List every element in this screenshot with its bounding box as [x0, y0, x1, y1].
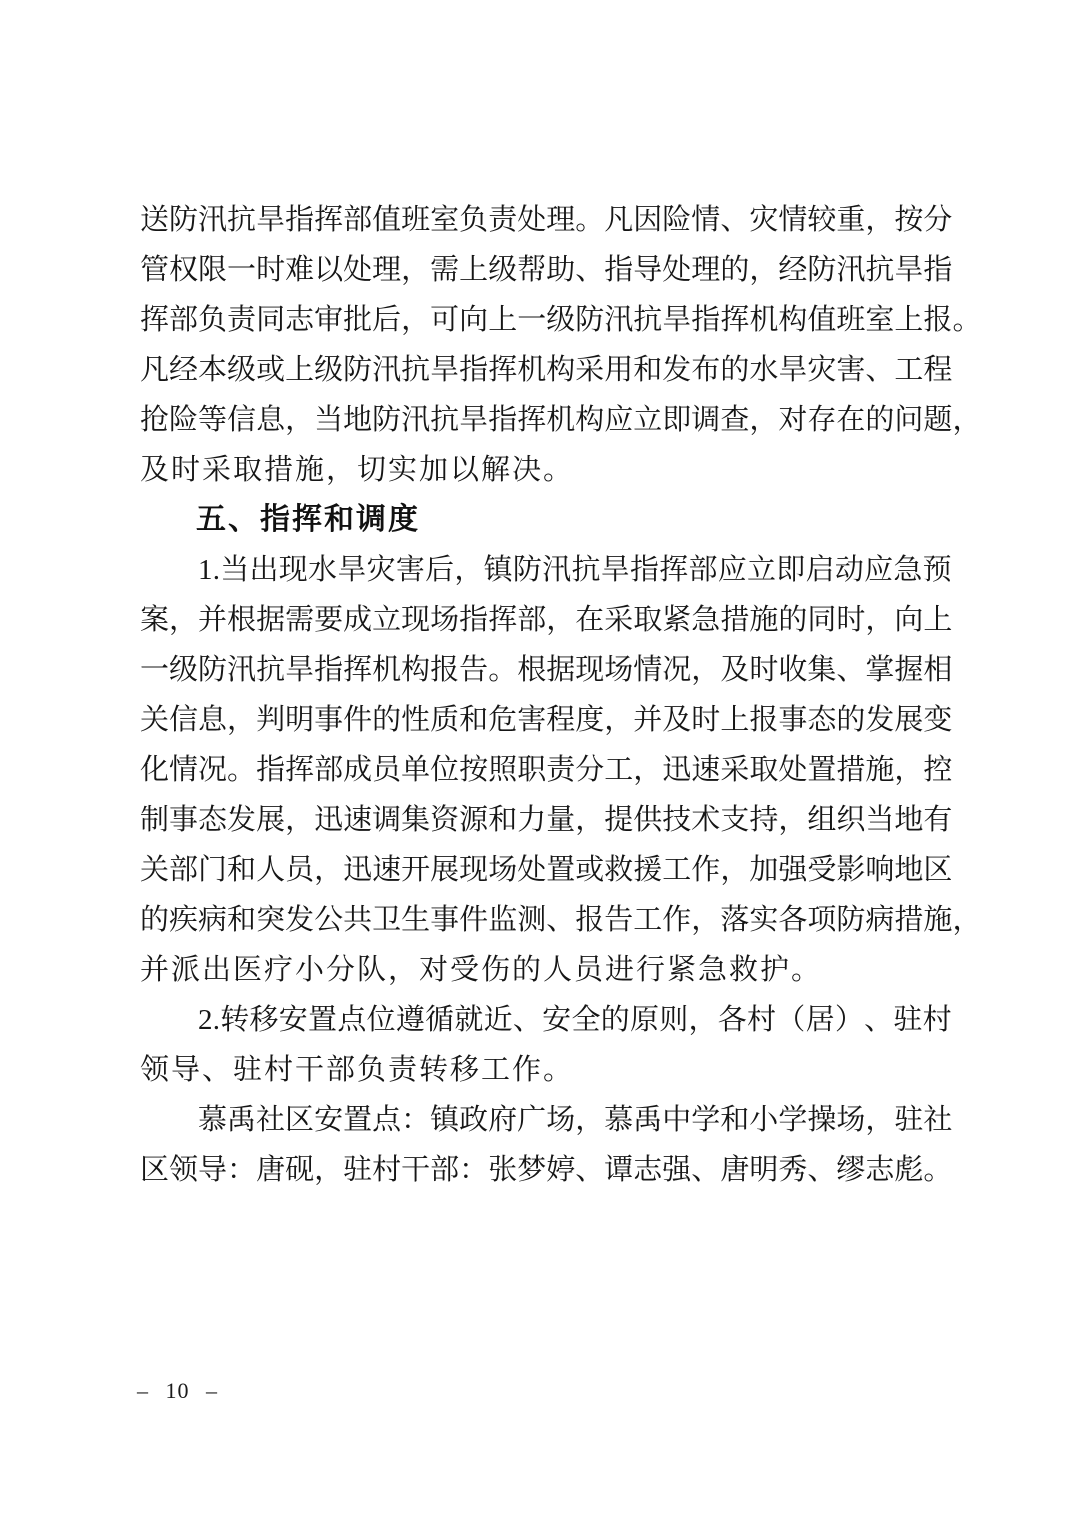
text-line: 管权限一时难以处理，需上级帮助、指导处理的，经防汛抗旱指 — [140, 245, 952, 295]
text-line: 凡经本级或上级防汛抗旱指挥机构采用和发布的水旱灾害、工程 — [140, 345, 952, 395]
text-line: 挥部负责同志审批后，可向上一级防汛抗旱指挥机构值班室上报。 — [140, 295, 952, 345]
text-line: 区领导：唐砚，驻村干部：张梦婷、谭志强、唐明秀、缪志彪。 — [140, 1145, 952, 1195]
text-line: 制事态发展，迅速调集资源和力量，提供技术支持，组织当地有 — [140, 795, 952, 845]
text-line: 一级防汛抗旱指挥机构报告。根据现场情况，及时收集、掌握相 — [140, 645, 952, 695]
text-line: 抢险等信息，当地防汛抗旱指挥机构应立即调查，对存在的问题， — [140, 395, 952, 445]
page-number: – 10 – — [137, 1377, 218, 1405]
text-line: 领导、驻村干部负责转移工作。 — [140, 1045, 952, 1095]
document-page: 送防汛抗旱指挥部值班室负责处理。凡因险情、灾情较重，按分管权限一时难以处理，需上… — [0, 0, 1074, 1520]
text-line: 关信息，判明事件的性质和危害程度，并及时上报事态的发展变 — [140, 695, 952, 745]
text-line: 的疾病和突发公共卫生事件监测、报告工作，落实各项防病措施， — [140, 895, 952, 945]
text-line: 及时采取措施，切实加以解决。 — [140, 445, 952, 495]
text-line: 送防汛抗旱指挥部值班室负责处理。凡因险情、灾情较重，按分 — [140, 195, 952, 245]
document-body: 送防汛抗旱指挥部值班室负责处理。凡因险情、灾情较重，按分管权限一时难以处理，需上… — [140, 195, 952, 1195]
text-line: 2.转移安置点位遵循就近、安全的原则，各村（居）、驻村 — [140, 995, 952, 1045]
text-line: 并派出医疗小分队，对受伤的人员进行紧急救护。 — [140, 945, 952, 995]
section-heading: 五、指挥和调度 — [140, 495, 952, 545]
text-line: 化情况。指挥部成员单位按照职责分工，迅速采取处置措施，控 — [140, 745, 952, 795]
text-line: 关部门和人员，迅速开展现场处置或救援工作，加强受影响地区 — [140, 845, 952, 895]
text-line: 慕禹社区安置点：镇政府广场，慕禹中学和小学操场，驻社 — [140, 1095, 952, 1145]
text-line: 1.当出现水旱灾害后，镇防汛抗旱指挥部应立即启动应急预 — [140, 545, 952, 595]
text-line: 案，并根据需要成立现场指挥部，在采取紧急措施的同时，向上 — [140, 595, 952, 645]
